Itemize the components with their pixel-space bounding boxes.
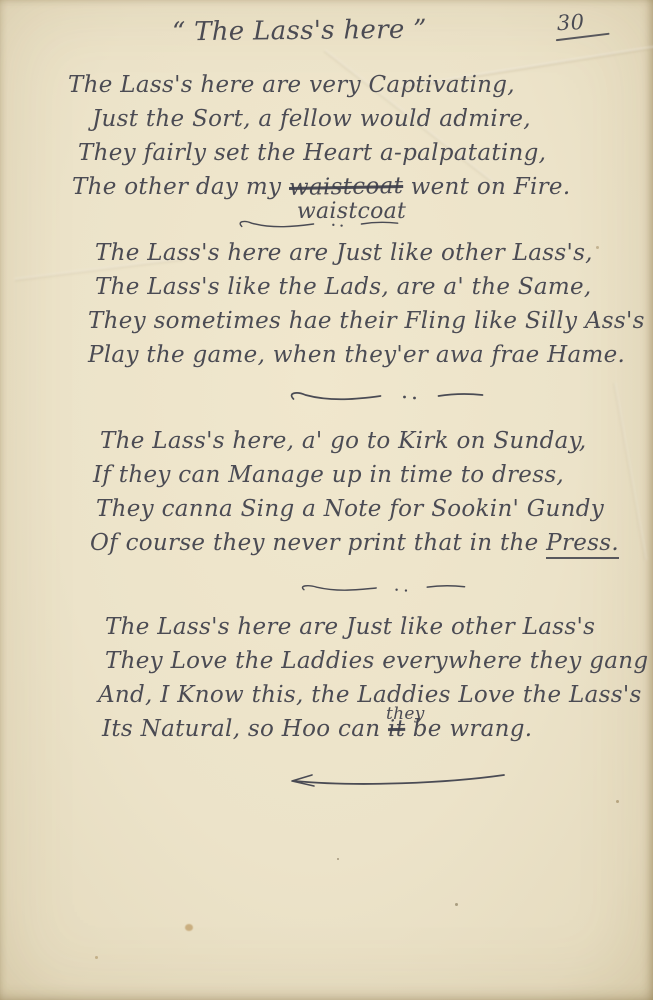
line-text: The other day my [72, 174, 289, 200]
struck-word: waistcoat [289, 173, 404, 201]
stanza-divider-flourish [298, 580, 468, 596]
line-text: went on Fire. [403, 174, 570, 200]
stanza-2: The Lass's here are Just like other Lass… [62, 240, 645, 376]
line-text: Its Natural, so Hoo can [102, 716, 388, 742]
poem-line: The Lass's here are Just like other Lass… [62, 240, 645, 266]
poem-title: “ The Lass's here ” [172, 15, 427, 48]
poem-line: And, I Know this, the Laddies Love the L… [62, 682, 645, 708]
stanza-divider-flourish [284, 388, 489, 404]
line-text: Of course they never print that in the [90, 530, 546, 556]
foxing-spot [95, 956, 98, 959]
foxing-spot [185, 924, 193, 931]
poem-line: They Love the Laddies everywhere they ga… [62, 648, 645, 674]
closing-swash-flourish [278, 768, 510, 792]
poem-line-with-correction: The other day my waistcoatwaistcoat went… [62, 174, 645, 200]
poem-line: Play the game, when they'er awa frae Ham… [62, 342, 645, 368]
poem-line: If they can Manage up in time to dress, [62, 462, 645, 488]
poem-line: They sometimes hae their Fling like Sill… [62, 308, 645, 334]
strikethrough-edit: waistcoatwaistcoat [289, 174, 403, 200]
stanza-3: The Lass's here, a' go to Kirk on Sunday… [62, 428, 645, 564]
poem-line-with-insertion: Its Natural, so Hoo can theyit be wrang. [62, 716, 645, 742]
poem-line: Just the Sort, a fellow would admire, [62, 106, 645, 132]
poem-line: They canna Sing a Note for Sookin' Gundy [62, 496, 645, 522]
insertion-edit: theyit [388, 716, 405, 742]
stanza-1: The Lass's here are very Captivating, Ju… [62, 72, 645, 208]
underlined-word: Press. [546, 530, 619, 559]
poem-line: The Lass's here, a' go to Kirk on Sunday… [62, 428, 645, 454]
stanza-divider-flourish [236, 216, 401, 232]
foxing-spot [616, 800, 619, 803]
page-number-value: 30 [554, 10, 591, 37]
manuscript-page: 30 “ The Lass's here ” The Lass's here a… [0, 0, 653, 1000]
page-number: 30 [554, 9, 609, 40]
poem-line: The Lass's like the Lads, are a' the Sam… [62, 274, 645, 300]
poem-line-with-underline: Of course they never print that in the P… [62, 530, 645, 556]
poem-line: The Lass's here are very Captivating, [62, 72, 645, 98]
foxing-spot [596, 246, 599, 249]
stanza-4: The Lass's here are Just like other Lass… [62, 614, 645, 750]
foxing-spot [455, 903, 458, 906]
foxing-spot [337, 858, 339, 860]
struck-word: it [388, 716, 406, 742]
poem-line: They fairly set the Heart a-palpatating, [62, 140, 645, 166]
poem-line: The Lass's here are Just like other Lass… [62, 614, 645, 640]
